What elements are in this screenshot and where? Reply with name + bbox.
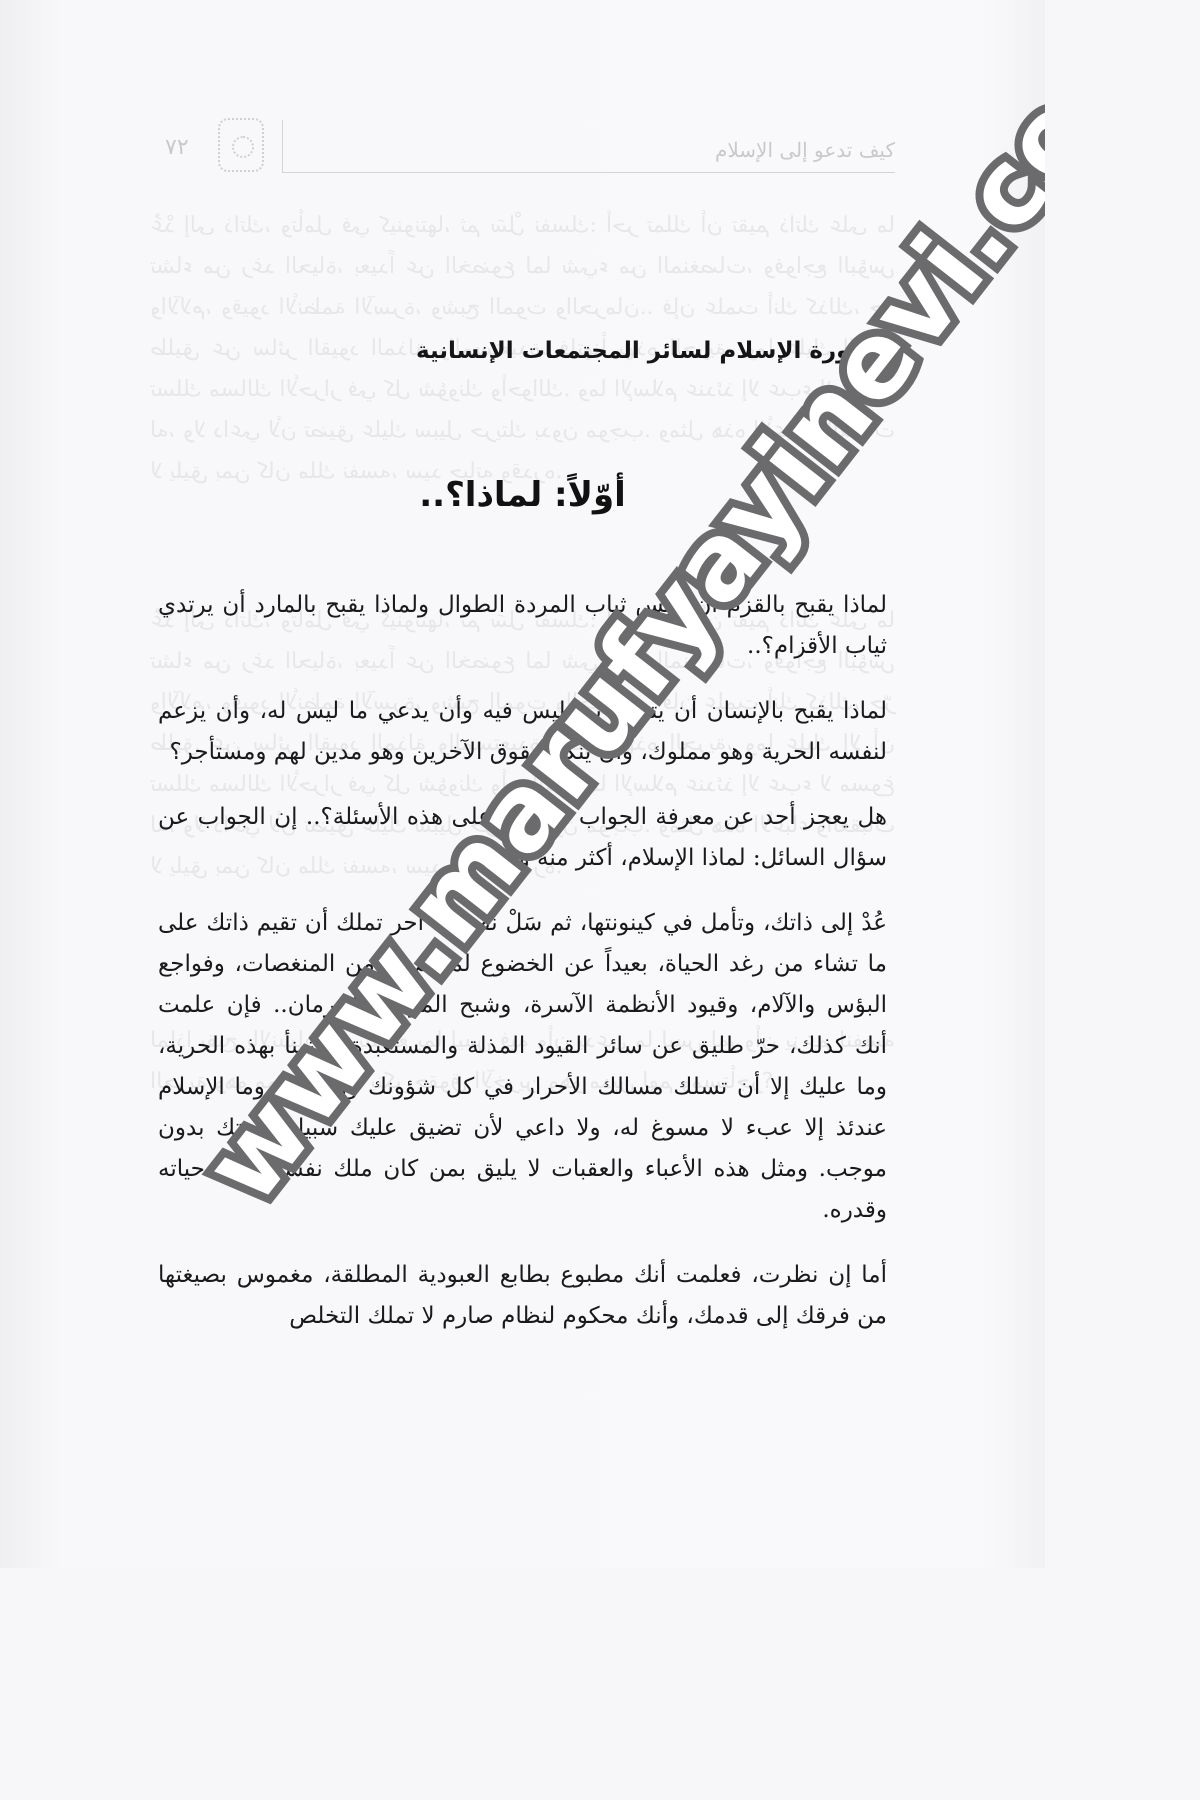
page-number: ٧٢	[165, 135, 189, 160]
chapter-title: أوّلاً: لماذا؟..	[0, 475, 1045, 515]
paragraph: لماذا يقبح بالقزم أن يلبس ثياب المردة ال…	[158, 585, 887, 667]
running-head: كيف تدعو إلى الإسلام	[430, 138, 895, 162]
paragraph: أما إن نظرت، فعلمت أنك مطبوع بطابع العبو…	[158, 1255, 887, 1337]
header-divider	[282, 172, 895, 173]
header-divider-vertical	[282, 120, 283, 172]
book-page: عُدْ إلى ذاتك، وتأمل في كينونتها، ثم سَل…	[0, 0, 1045, 1568]
body-text: لماذا يقبح بالقزم أن يلبس ثياب المردة ال…	[158, 585, 887, 1361]
header-ornament-icon	[218, 118, 264, 172]
